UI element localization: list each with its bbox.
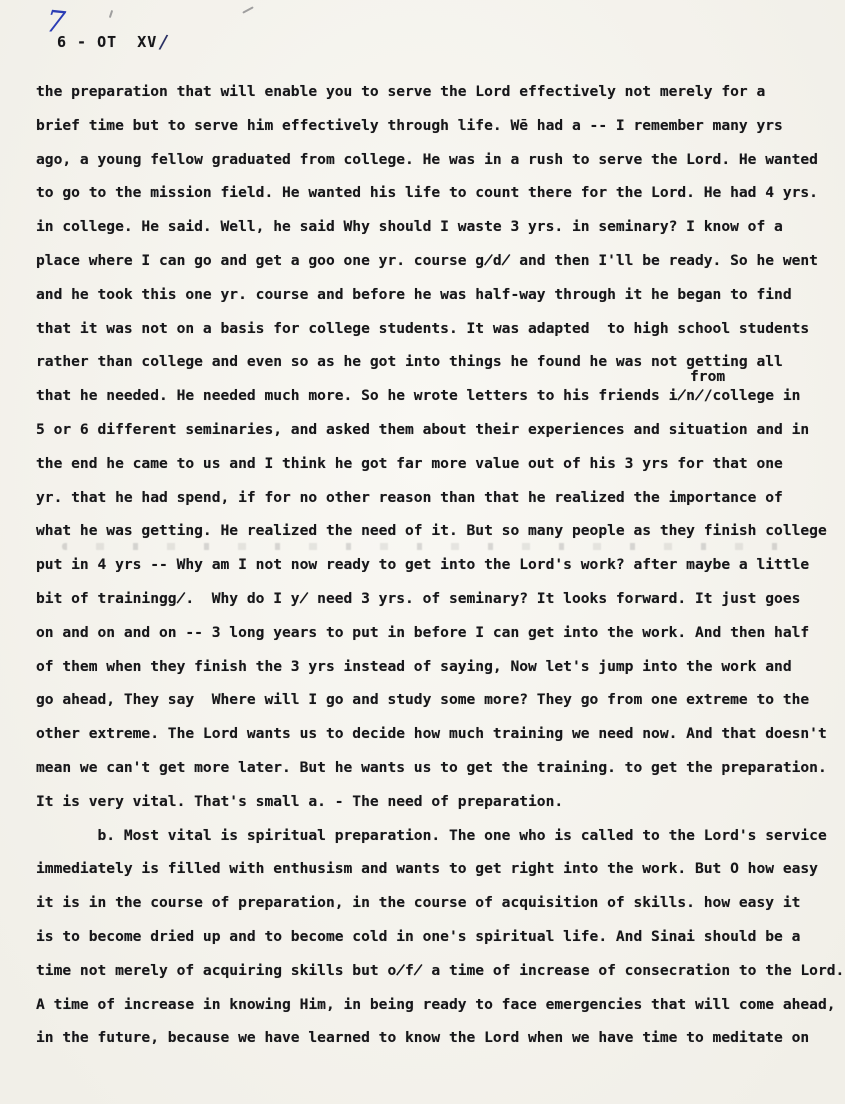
typescript-line: in the future, because we have learned t… — [36, 1021, 826, 1055]
typescript-line: rather than college and even so as he go… — [36, 345, 826, 379]
typescript-line: other extreme. The Lord wants us to deci… — [36, 717, 826, 751]
typescript-line: put in 4 yrs -- Why am I not now ready t… — [36, 548, 826, 582]
typescript-line: A time of increase in knowing Him, in be… — [36, 988, 826, 1022]
page-heading-text: 6 - OT XV — [57, 33, 157, 51]
typescript-line: that it was not on a basis for college s… — [36, 312, 826, 346]
typescript-line: ago, a young fellow graduated from colle… — [36, 143, 826, 177]
typescript-line: what he was getting. He realized the nee… — [36, 514, 826, 548]
typescript-line: that he needed. He needed much more. So … — [36, 379, 826, 413]
typescript-line: time not merely of acquiring skills but … — [36, 954, 826, 988]
handwritten-slash-mark: / — [158, 30, 171, 54]
typescript-line: mean we can't get more later. But he wan… — [36, 751, 826, 785]
typescript-line: and he took this one yr. course and befo… — [36, 278, 826, 312]
typescript-line: b. Most vital is spiritual preparation. … — [36, 819, 826, 853]
typescript-line: 5 or 6 different seminaries, and asked t… — [36, 413, 826, 447]
typescript-line: to go to the mission field. He wanted hi… — [36, 176, 826, 210]
typescript-line: bit of trainingg̸. Why do I y̸ need 3 yr… — [36, 582, 826, 616]
typescript-body: the preparation that will enable you to … — [36, 75, 826, 1055]
typescript-line: in college. He said. Well, he said Why s… — [36, 210, 826, 244]
pencil-mark — [242, 6, 254, 13]
typescript-line: on and on and on -- 3 long years to put … — [36, 616, 826, 650]
pencil-mark — [109, 10, 113, 18]
typescript-line: brief time but to serve him effectively … — [36, 109, 826, 143]
typescript-line: It is very vital. That's small a. - The … — [36, 785, 826, 819]
typescript-line: go ahead, They say Where will I go and s… — [36, 683, 826, 717]
typescript-line: yr. that he had spend, if for no other r… — [36, 481, 826, 515]
typescript-line: it is in the course of preparation, in t… — [36, 886, 826, 920]
page-heading: 6 - OT XV/ — [57, 33, 169, 51]
typescript-line: of them when they finish the 3 yrs inste… — [36, 650, 826, 684]
typescript-line: place where I can go and get a goo one y… — [36, 244, 826, 278]
typescript-line: the end he came to us and I think he got… — [36, 447, 826, 481]
scanned-typescript-page: 7 6 - OT XV/ from the preparation that w… — [0, 0, 845, 1104]
typescript-line: immediately is filled with enthusism and… — [36, 852, 826, 886]
typescript-line: is to become dried up and to become cold… — [36, 920, 826, 954]
typescript-line: the preparation that will enable you to … — [36, 75, 826, 109]
